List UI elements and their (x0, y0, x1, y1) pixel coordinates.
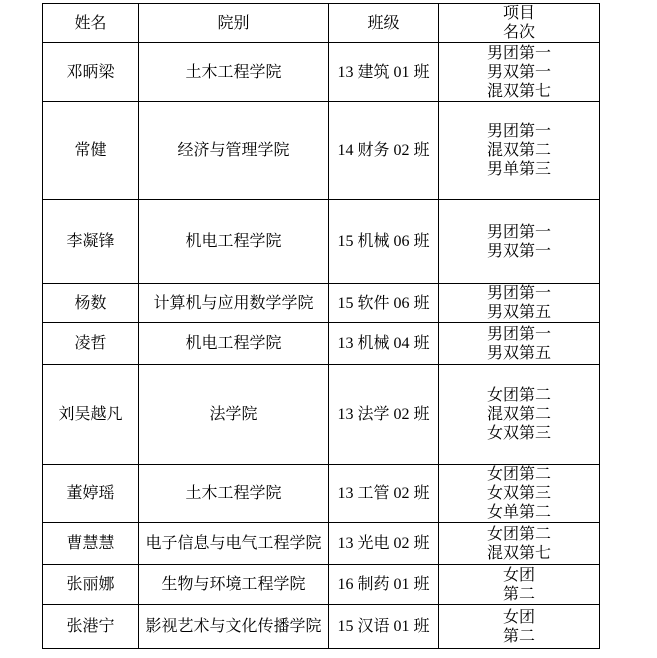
rank-cell: 女团第二 女双第三 女单第二 (439, 465, 600, 523)
student-name-cell: 董婷瑶 (43, 465, 139, 523)
department-cell: 经济与管理学院 (139, 102, 329, 200)
class-cell: 13 法学 02 班 (329, 365, 439, 465)
rank-cell: 女团 第二 (439, 565, 600, 605)
results-table: 姓名 院别 班级 项目 名次 邓昞梁土木工程学院13 建筑 01 班男团第一 男… (42, 3, 600, 649)
rank-cell: 女团第二 混双第七 (439, 523, 600, 565)
rank-cell: 男团第一 男双第一 (439, 200, 600, 284)
rank-cell: 男团第一 男双第五 (439, 284, 600, 323)
student-name-cell: 张港宁 (43, 605, 139, 649)
header-rank: 项目 名次 (439, 4, 600, 43)
department-cell: 法学院 (139, 365, 329, 465)
table-row: 张丽娜生物与环境工程学院16 制药 01 班女团 第二 (43, 565, 600, 605)
table-row: 邓昞梁土木工程学院13 建筑 01 班男团第一 男双第一 混双第七 (43, 43, 600, 102)
student-name-cell: 曹慧慧 (43, 523, 139, 565)
table-row: 曹慧慧电子信息与电气工程学院13 光电 02 班女团第二 混双第七 (43, 523, 600, 565)
student-name-cell: 邓昞梁 (43, 43, 139, 102)
rank-cell: 女团第二 混双第二 女双第三 (439, 365, 600, 465)
table-row: 李凝锋机电工程学院15 机械 06 班男团第一 男双第一 (43, 200, 600, 284)
class-cell: 15 汉语 01 班 (329, 605, 439, 649)
table-row: 常健经济与管理学院14 财务 02 班男团第一 混双第二 男单第三 (43, 102, 600, 200)
department-cell: 土木工程学院 (139, 43, 329, 102)
class-cell: 15 机械 06 班 (329, 200, 439, 284)
class-cell: 14 财务 02 班 (329, 102, 439, 200)
header-class: 班级 (329, 4, 439, 43)
table-row: 刘吴越凡法学院13 法学 02 班女团第二 混双第二 女双第三 (43, 365, 600, 465)
table-header-row: 姓名 院别 班级 项目 名次 (43, 4, 600, 43)
department-cell: 机电工程学院 (139, 323, 329, 365)
table-row: 董婷瑶土木工程学院13 工管 02 班女团第二 女双第三 女单第二 (43, 465, 600, 523)
rank-cell: 男团第一 男双第五 (439, 323, 600, 365)
class-cell: 16 制药 01 班 (329, 565, 439, 605)
rank-cell: 男团第一 混双第二 男单第三 (439, 102, 600, 200)
student-name-cell: 刘吴越凡 (43, 365, 139, 465)
class-cell: 13 建筑 01 班 (329, 43, 439, 102)
department-cell: 土木工程学院 (139, 465, 329, 523)
department-cell: 影视艺术与文化传播学院 (139, 605, 329, 649)
student-name-cell: 李凝锋 (43, 200, 139, 284)
department-cell: 机电工程学院 (139, 200, 329, 284)
class-cell: 15 软件 06 班 (329, 284, 439, 323)
student-name-cell: 杨数 (43, 284, 139, 323)
document-page: 姓名 院别 班级 项目 名次 邓昞梁土木工程学院13 建筑 01 班男团第一 男… (0, 0, 657, 658)
rank-cell: 男团第一 男双第一 混双第七 (439, 43, 600, 102)
rank-cell: 女团 第二 (439, 605, 600, 649)
student-name-cell: 张丽娜 (43, 565, 139, 605)
department-cell: 计算机与应用数学学院 (139, 284, 329, 323)
header-name: 姓名 (43, 4, 139, 43)
class-cell: 13 光电 02 班 (329, 523, 439, 565)
table-row: 张港宁影视艺术与文化传播学院15 汉语 01 班女团 第二 (43, 605, 600, 649)
header-department: 院别 (139, 4, 329, 43)
student-name-cell: 凌哲 (43, 323, 139, 365)
student-name-cell: 常健 (43, 102, 139, 200)
class-cell: 13 工管 02 班 (329, 465, 439, 523)
department-cell: 生物与环境工程学院 (139, 565, 329, 605)
department-cell: 电子信息与电气工程学院 (139, 523, 329, 565)
table-row: 凌哲机电工程学院13 机械 04 班男团第一 男双第五 (43, 323, 600, 365)
table-body: 邓昞梁土木工程学院13 建筑 01 班男团第一 男双第一 混双第七常健经济与管理… (43, 43, 600, 649)
table-row: 杨数计算机与应用数学学院15 软件 06 班男团第一 男双第五 (43, 284, 600, 323)
class-cell: 13 机械 04 班 (329, 323, 439, 365)
